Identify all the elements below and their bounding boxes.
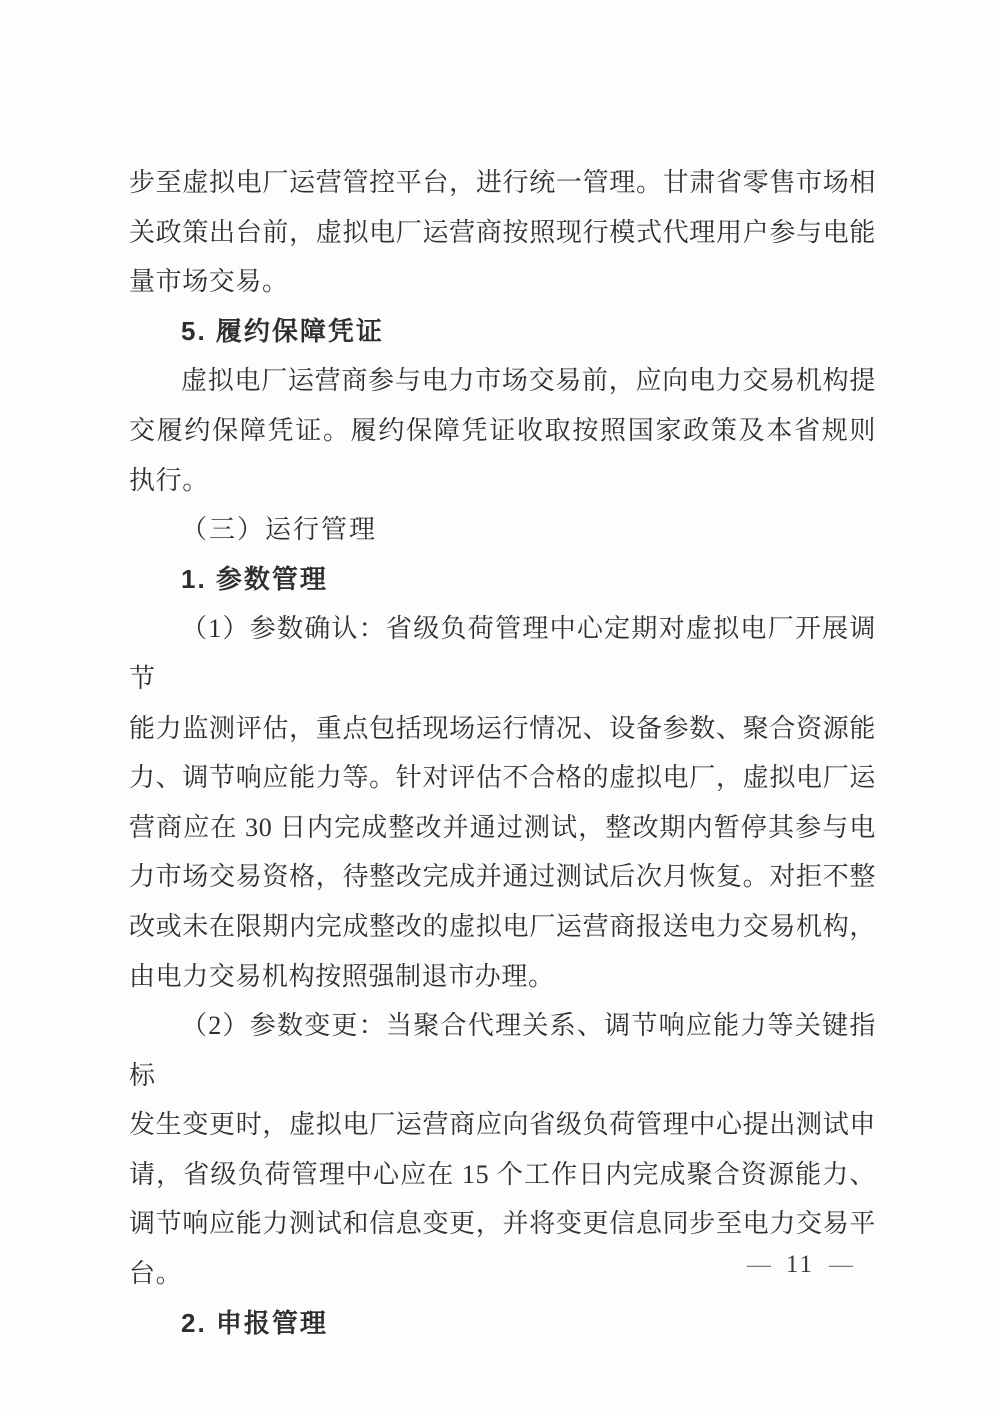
section-heading-performance-guarantee: 5. 履约保障凭证 bbox=[129, 307, 876, 357]
body-line: 请，省级负荷管理中心应在 15 个工作日内完成聚合资源能力、 bbox=[129, 1150, 876, 1200]
body-line: 虚拟电厂运营商参与电力市场交易前，应向电力交易机构提 bbox=[129, 356, 876, 406]
page-number: — 11 — bbox=[747, 1251, 853, 1279]
document-page: 步至虚拟电厂运营管控平台，进行统一管理。甘肃省零售市场相 关政策出台前，虚拟电厂… bbox=[0, 0, 1000, 1414]
section-heading-operation-management: （三）运行管理 bbox=[129, 505, 876, 555]
body-line: 交履约保障凭证。履约保障凭证收取按照国家政策及本省规则 bbox=[129, 406, 876, 456]
body-line: 由电力交易机构按照强制退市办理。 bbox=[129, 952, 876, 1002]
body-line: 步至虚拟电厂运营管控平台，进行统一管理。甘肃省零售市场相 bbox=[129, 158, 876, 208]
body-line: 执行。 bbox=[129, 456, 876, 506]
subsection-heading-parameter-management: 1. 参数管理 bbox=[129, 555, 876, 605]
footer-dash-left: — bbox=[747, 1252, 771, 1279]
body-line: 力、调节响应能力等。针对评估不合格的虚拟电厂，虚拟电厂运 bbox=[129, 753, 876, 803]
footer-dash-right: — bbox=[829, 1252, 853, 1279]
footer-page-number: 11 bbox=[786, 1251, 814, 1279]
body-line: 能力监测评估，重点包括现场运行情况、设备参数、聚合资源能 bbox=[129, 704, 876, 754]
body-line: 营商应在 30 日内完成整改并通过测试，整改期内暂停其参与电 bbox=[129, 803, 876, 853]
body-line: 关政策出台前，虚拟电厂运营商按照现行模式代理用户参与电能 bbox=[129, 208, 876, 258]
body-line: 调节响应能力测试和信息变更，并将变更信息同步至电力交易平 bbox=[129, 1199, 876, 1249]
body-line: （1）参数确认：省级负荷管理中心定期对虚拟电厂开展调节 bbox=[129, 604, 876, 703]
document-body: 步至虚拟电厂运营管控平台，进行统一管理。甘肃省零售市场相 关政策出台前，虚拟电厂… bbox=[129, 158, 876, 1348]
body-line: 改或未在限期内完成整改的虚拟电厂运营商报送电力交易机构， bbox=[129, 902, 876, 952]
body-line: 力市场交易资格，待整改完成并通过测试后次月恢复。对拒不整 bbox=[129, 852, 876, 902]
body-line: 量市场交易。 bbox=[129, 257, 876, 307]
body-line: 发生变更时，虚拟电厂运营商应向省级负荷管理中心提出测试申 bbox=[129, 1100, 876, 1150]
body-line: （2）参数变更：当聚合代理关系、调节响应能力等关键指标 bbox=[129, 1001, 876, 1100]
subsection-heading-declaration-management: 2. 申报管理 bbox=[129, 1299, 876, 1349]
